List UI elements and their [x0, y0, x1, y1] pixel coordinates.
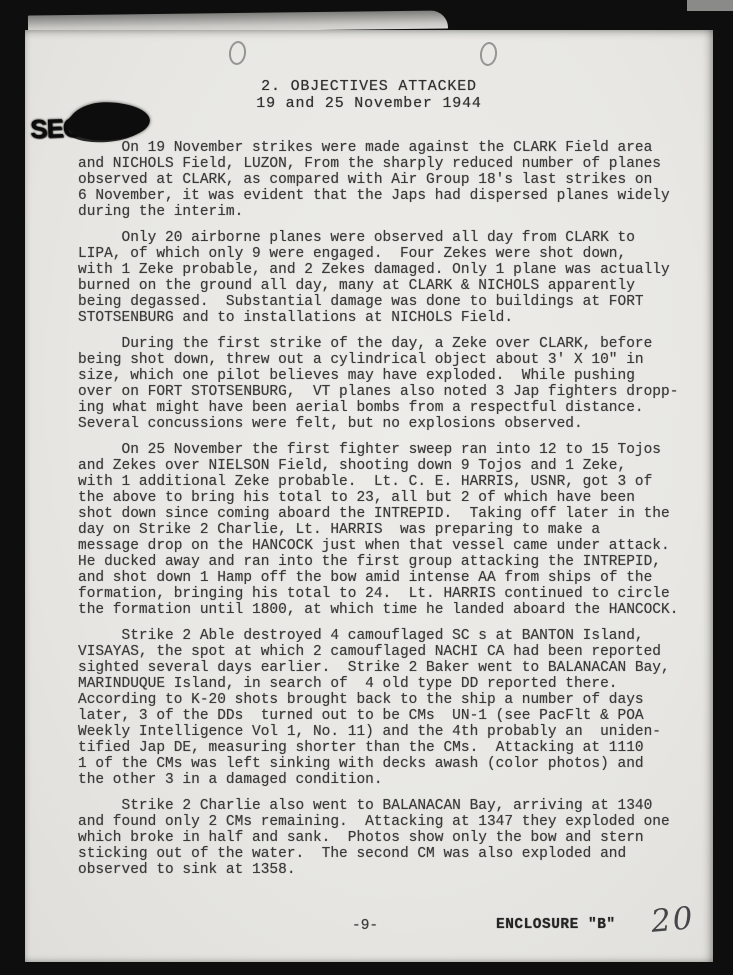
title-date: 19 and 25 November 1944: [25, 95, 713, 112]
title-heading: 2. OBJECTIVES ATTACKED: [25, 78, 713, 95]
paragraph-2: Only 20 airborne planes were observed al…: [78, 230, 703, 326]
document-body: On 19 November strikes were made against…: [78, 140, 703, 888]
scanned-page: SECRET 2. OBJECTIVES ATTACKED 19 and 25 …: [0, 0, 733, 975]
paragraph-5: Strike 2 Able destroyed 4 camouflaged SC…: [78, 628, 703, 788]
page-number: -9-: [352, 918, 378, 934]
paragraph-3: During the first strike of the day, a Ze…: [78, 336, 703, 432]
document-title-block: 2. OBJECTIVES ATTACKED 19 and 25 Novembe…: [25, 78, 713, 112]
document-paper: SECRET 2. OBJECTIVES ATTACKED 19 and 25 …: [25, 30, 713, 962]
scan-corner-artifact: [687, 0, 733, 11]
handwritten-page-number: 20: [650, 900, 696, 940]
enclosure-label: ENCLOSURE "B": [496, 917, 616, 933]
binder-hole-icon: [228, 40, 248, 66]
binder-hole-icon: [479, 41, 499, 67]
paragraph-6: Strike 2 Charlie also went to BALANACAN …: [78, 798, 703, 878]
paragraph-1: On 19 November strikes were made against…: [78, 140, 703, 220]
paragraph-4: On 25 November the first fighter sweep r…: [78, 442, 703, 618]
